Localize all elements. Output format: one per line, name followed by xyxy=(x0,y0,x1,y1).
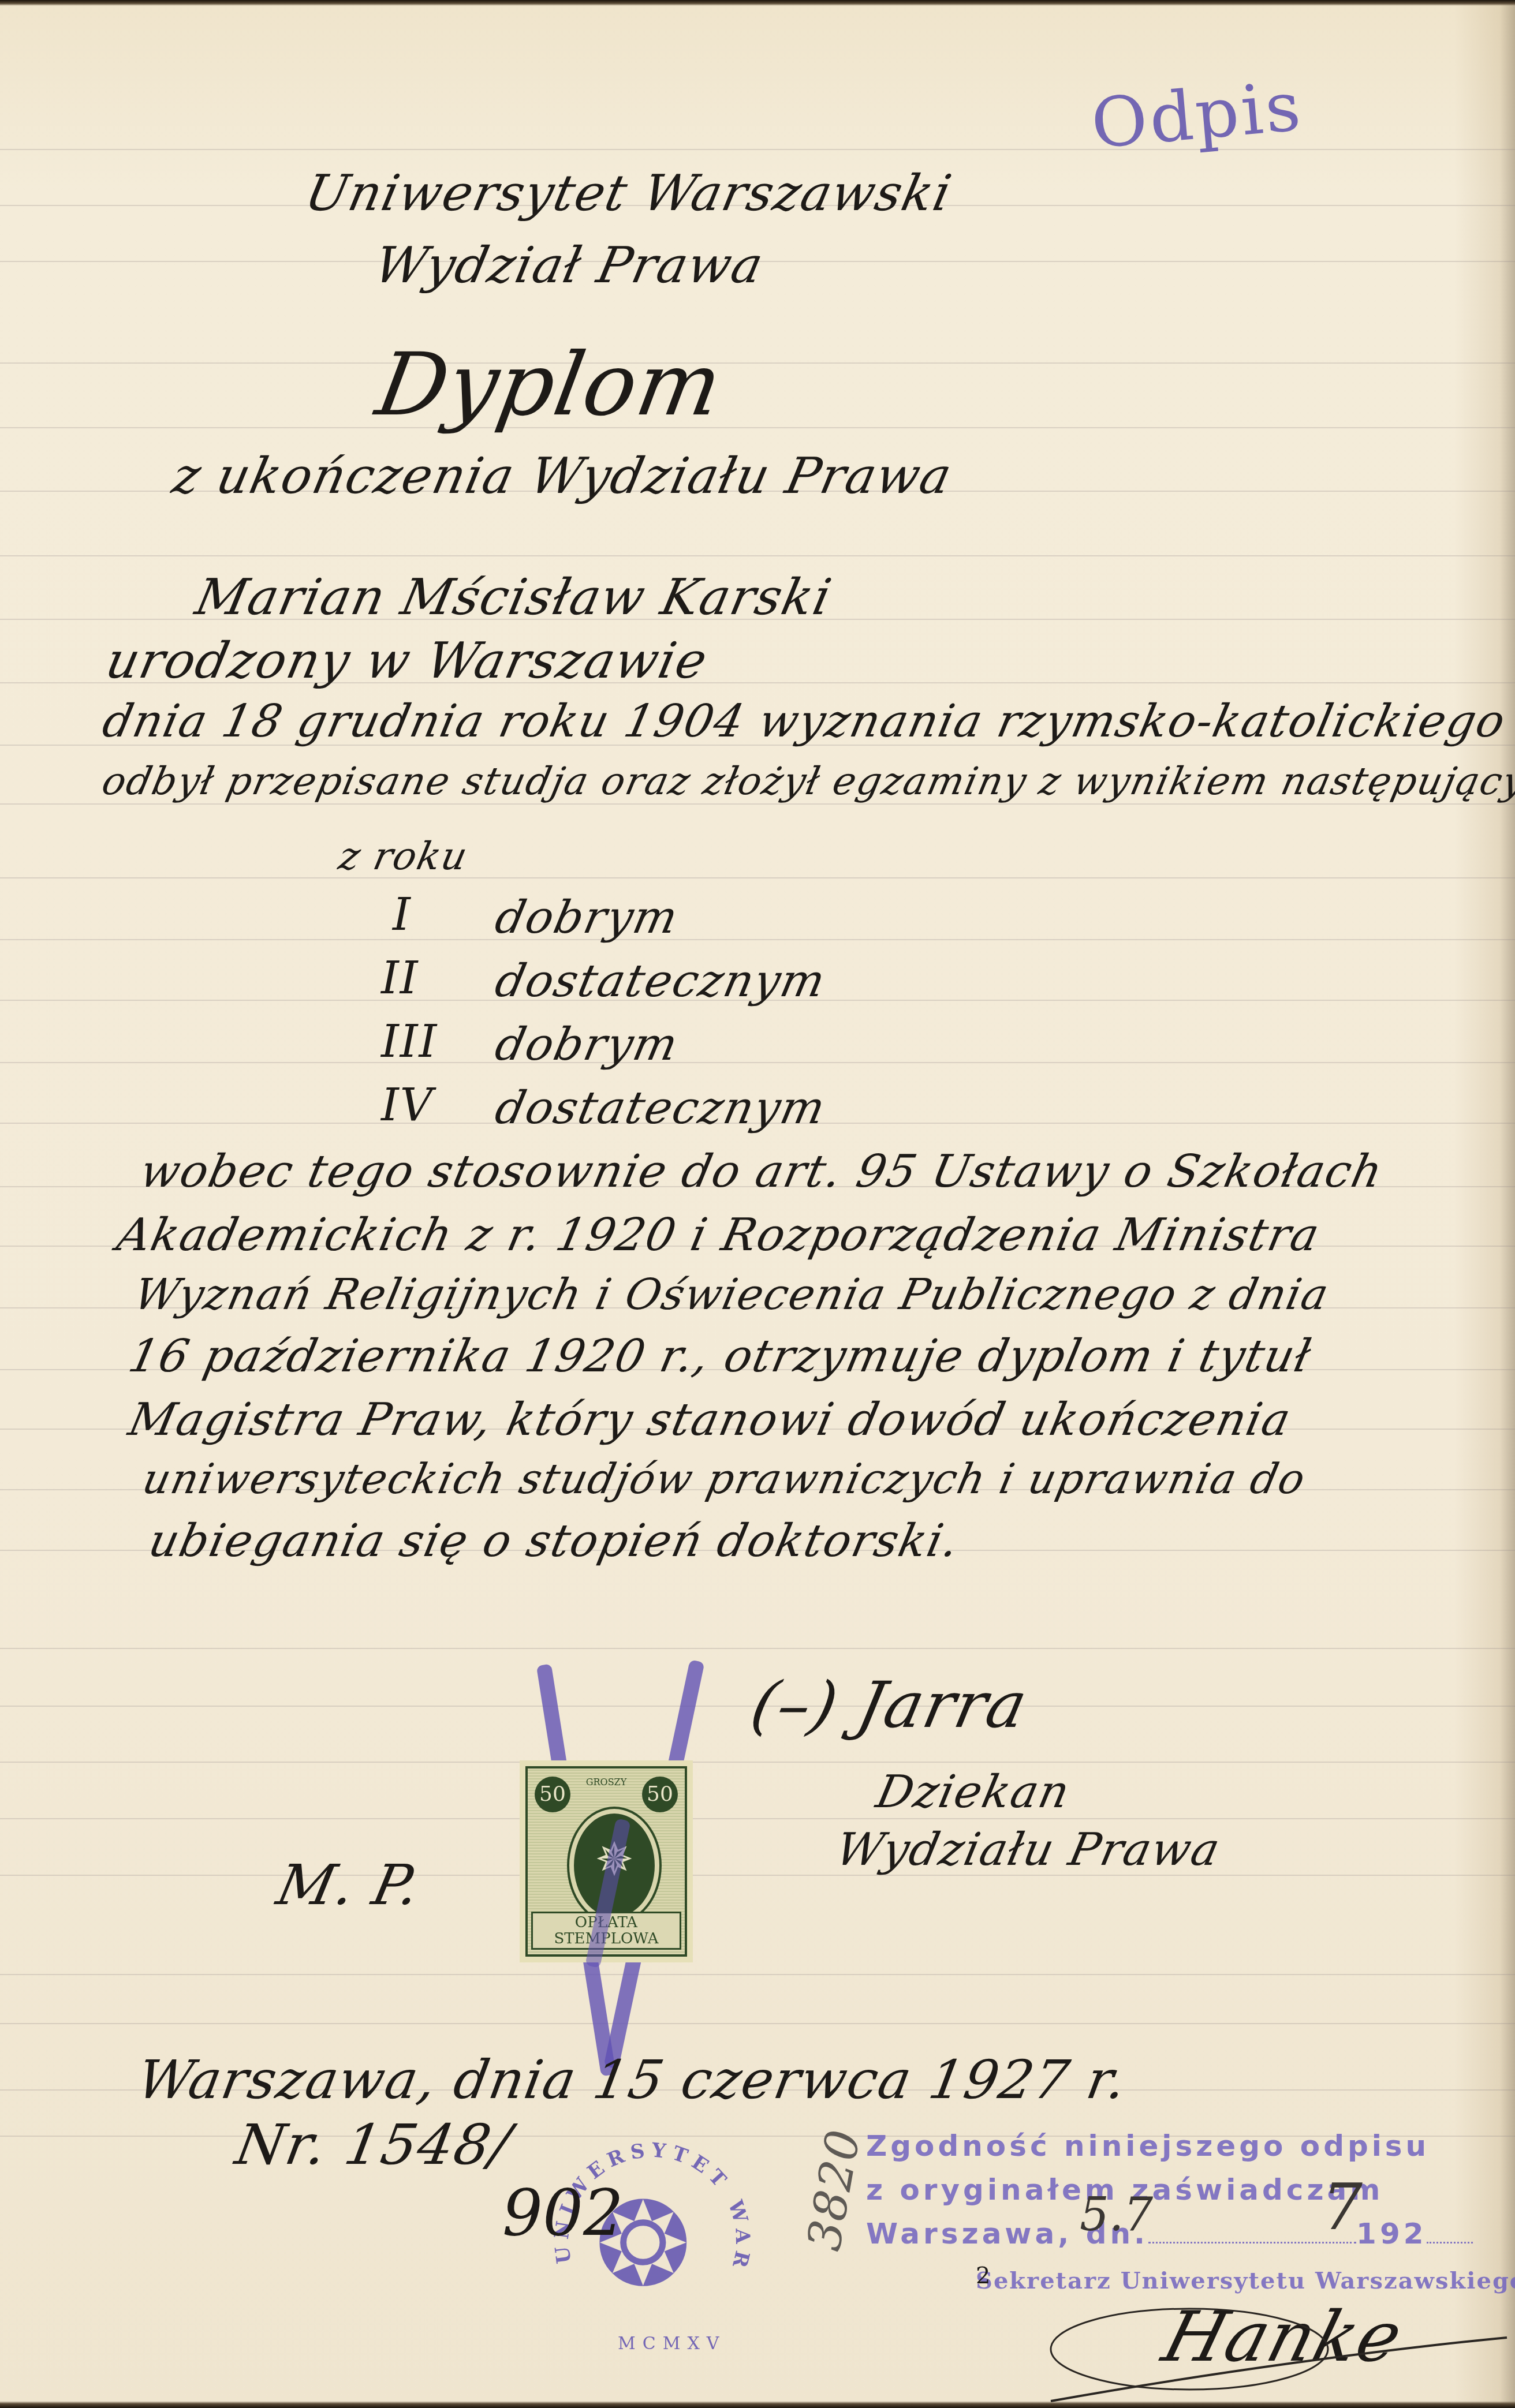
svg-text:MCMXV: MCMXV xyxy=(618,2334,726,2354)
university-name: Uniwersytet Warszawski xyxy=(300,164,957,222)
cert-date-fill: 5.7 xyxy=(1080,2188,1153,2241)
result-year-4: IV xyxy=(381,1079,434,1131)
ruled-line xyxy=(0,1762,1515,1763)
ruled-line xyxy=(0,877,1515,878)
place-date: Warszawa, dnia 15 czerwca 1927 r. xyxy=(133,2049,1132,2111)
ruled-line xyxy=(0,362,1515,364)
result-year-2: II xyxy=(381,952,419,1004)
cert-secretary: Sekretarz Uniwersytetu Warszawskiego xyxy=(976,2267,1515,2294)
result-year-3: III xyxy=(381,1016,438,1068)
ruled-line xyxy=(0,149,1515,150)
ruled-line xyxy=(0,1875,1515,1876)
dean-role: Dziekan xyxy=(872,1766,1075,1818)
signature-flourish xyxy=(1039,2303,1513,2407)
result-grade-3: dobrym xyxy=(491,1019,683,1071)
ruled-line xyxy=(0,1974,1515,1975)
birthdate-line: dnia 18 grudnia roku 1904 wyznania rzyms… xyxy=(98,696,1510,747)
paragraph-line-6: uniwersyteckich studjów prawniczych i up… xyxy=(139,1454,1311,1503)
result-grade-4: dostatecznym xyxy=(491,1082,830,1134)
year-intro: z roku xyxy=(335,834,472,878)
cert-year-prefix: 192 xyxy=(1356,2217,1427,2250)
faculty-name: Wydział Prawa xyxy=(370,237,769,294)
ruled-line xyxy=(0,803,1515,805)
scan-top-edge xyxy=(0,0,1515,6)
cert-line-1: Zgodność niniejszego odpisu xyxy=(866,2124,1515,2168)
dean-faculty: Wydziału Prawa xyxy=(831,1824,1225,1876)
ruled-line xyxy=(0,555,1515,556)
document-number: Nr. 1548/ xyxy=(231,2112,517,2177)
cert-note: 2 xyxy=(976,2263,991,2289)
document-title: Dyplom xyxy=(370,335,730,435)
ruled-line xyxy=(0,1062,1515,1063)
document-subtitle: z ukończenia Wydziału Prawa xyxy=(167,447,957,505)
cert-year-fill: 7 xyxy=(1322,2170,1363,2244)
ruled-line xyxy=(0,1818,1515,1819)
seal-place-mark: M. P. xyxy=(271,1853,427,1917)
stamp-value-right: 50 xyxy=(642,1777,678,1812)
document-subnumber: 902 xyxy=(502,2176,624,2250)
graduate-name: Marian Mścisław Karski xyxy=(191,569,837,626)
certification-stamp: Zgodność niniejszego odpisu z oryginałem… xyxy=(866,2124,1515,2294)
paragraph-line-1: wobec tego stosownie do art. 95 Ustawy o… xyxy=(136,1146,1388,1198)
document-paper xyxy=(0,0,1515,2408)
ruled-line xyxy=(0,2023,1515,2024)
paragraph-line-2: Akademickich z r. 1920 i Rozporządzenia … xyxy=(113,1209,1324,1261)
dean-signature: (–) Jarra xyxy=(745,1668,1034,1742)
studies-line: odbył przepisane studja oraz złożył egza… xyxy=(98,759,1515,803)
ruled-line xyxy=(0,939,1515,940)
ruled-line xyxy=(0,1648,1515,1649)
birthplace-line: urodzony w Warszawie xyxy=(101,632,713,690)
paragraph-line-5: Magistra Praw, który stanowi dowód ukońc… xyxy=(124,1394,1296,1446)
result-grade-2: dostatecznym xyxy=(491,955,830,1007)
paragraph-line-4: 16 października 1920 r., otrzymuje dyplo… xyxy=(124,1330,1316,1382)
paragraph-line-3: Wyznań Religijnych i Oświecenia Publiczn… xyxy=(130,1270,1334,1319)
cert-line-3: Warszawa, dn.192 xyxy=(866,2212,1515,2256)
result-grade-1: dobrym xyxy=(491,892,683,944)
cert-line-2: z oryginałem zaświadczam xyxy=(866,2168,1515,2212)
cert-year-blank xyxy=(1427,2236,1473,2244)
result-year-1: I xyxy=(393,889,412,941)
paragraph-line-7: ubiegania się o stopień doktorski. xyxy=(144,1515,964,1567)
ruled-line xyxy=(0,427,1515,428)
